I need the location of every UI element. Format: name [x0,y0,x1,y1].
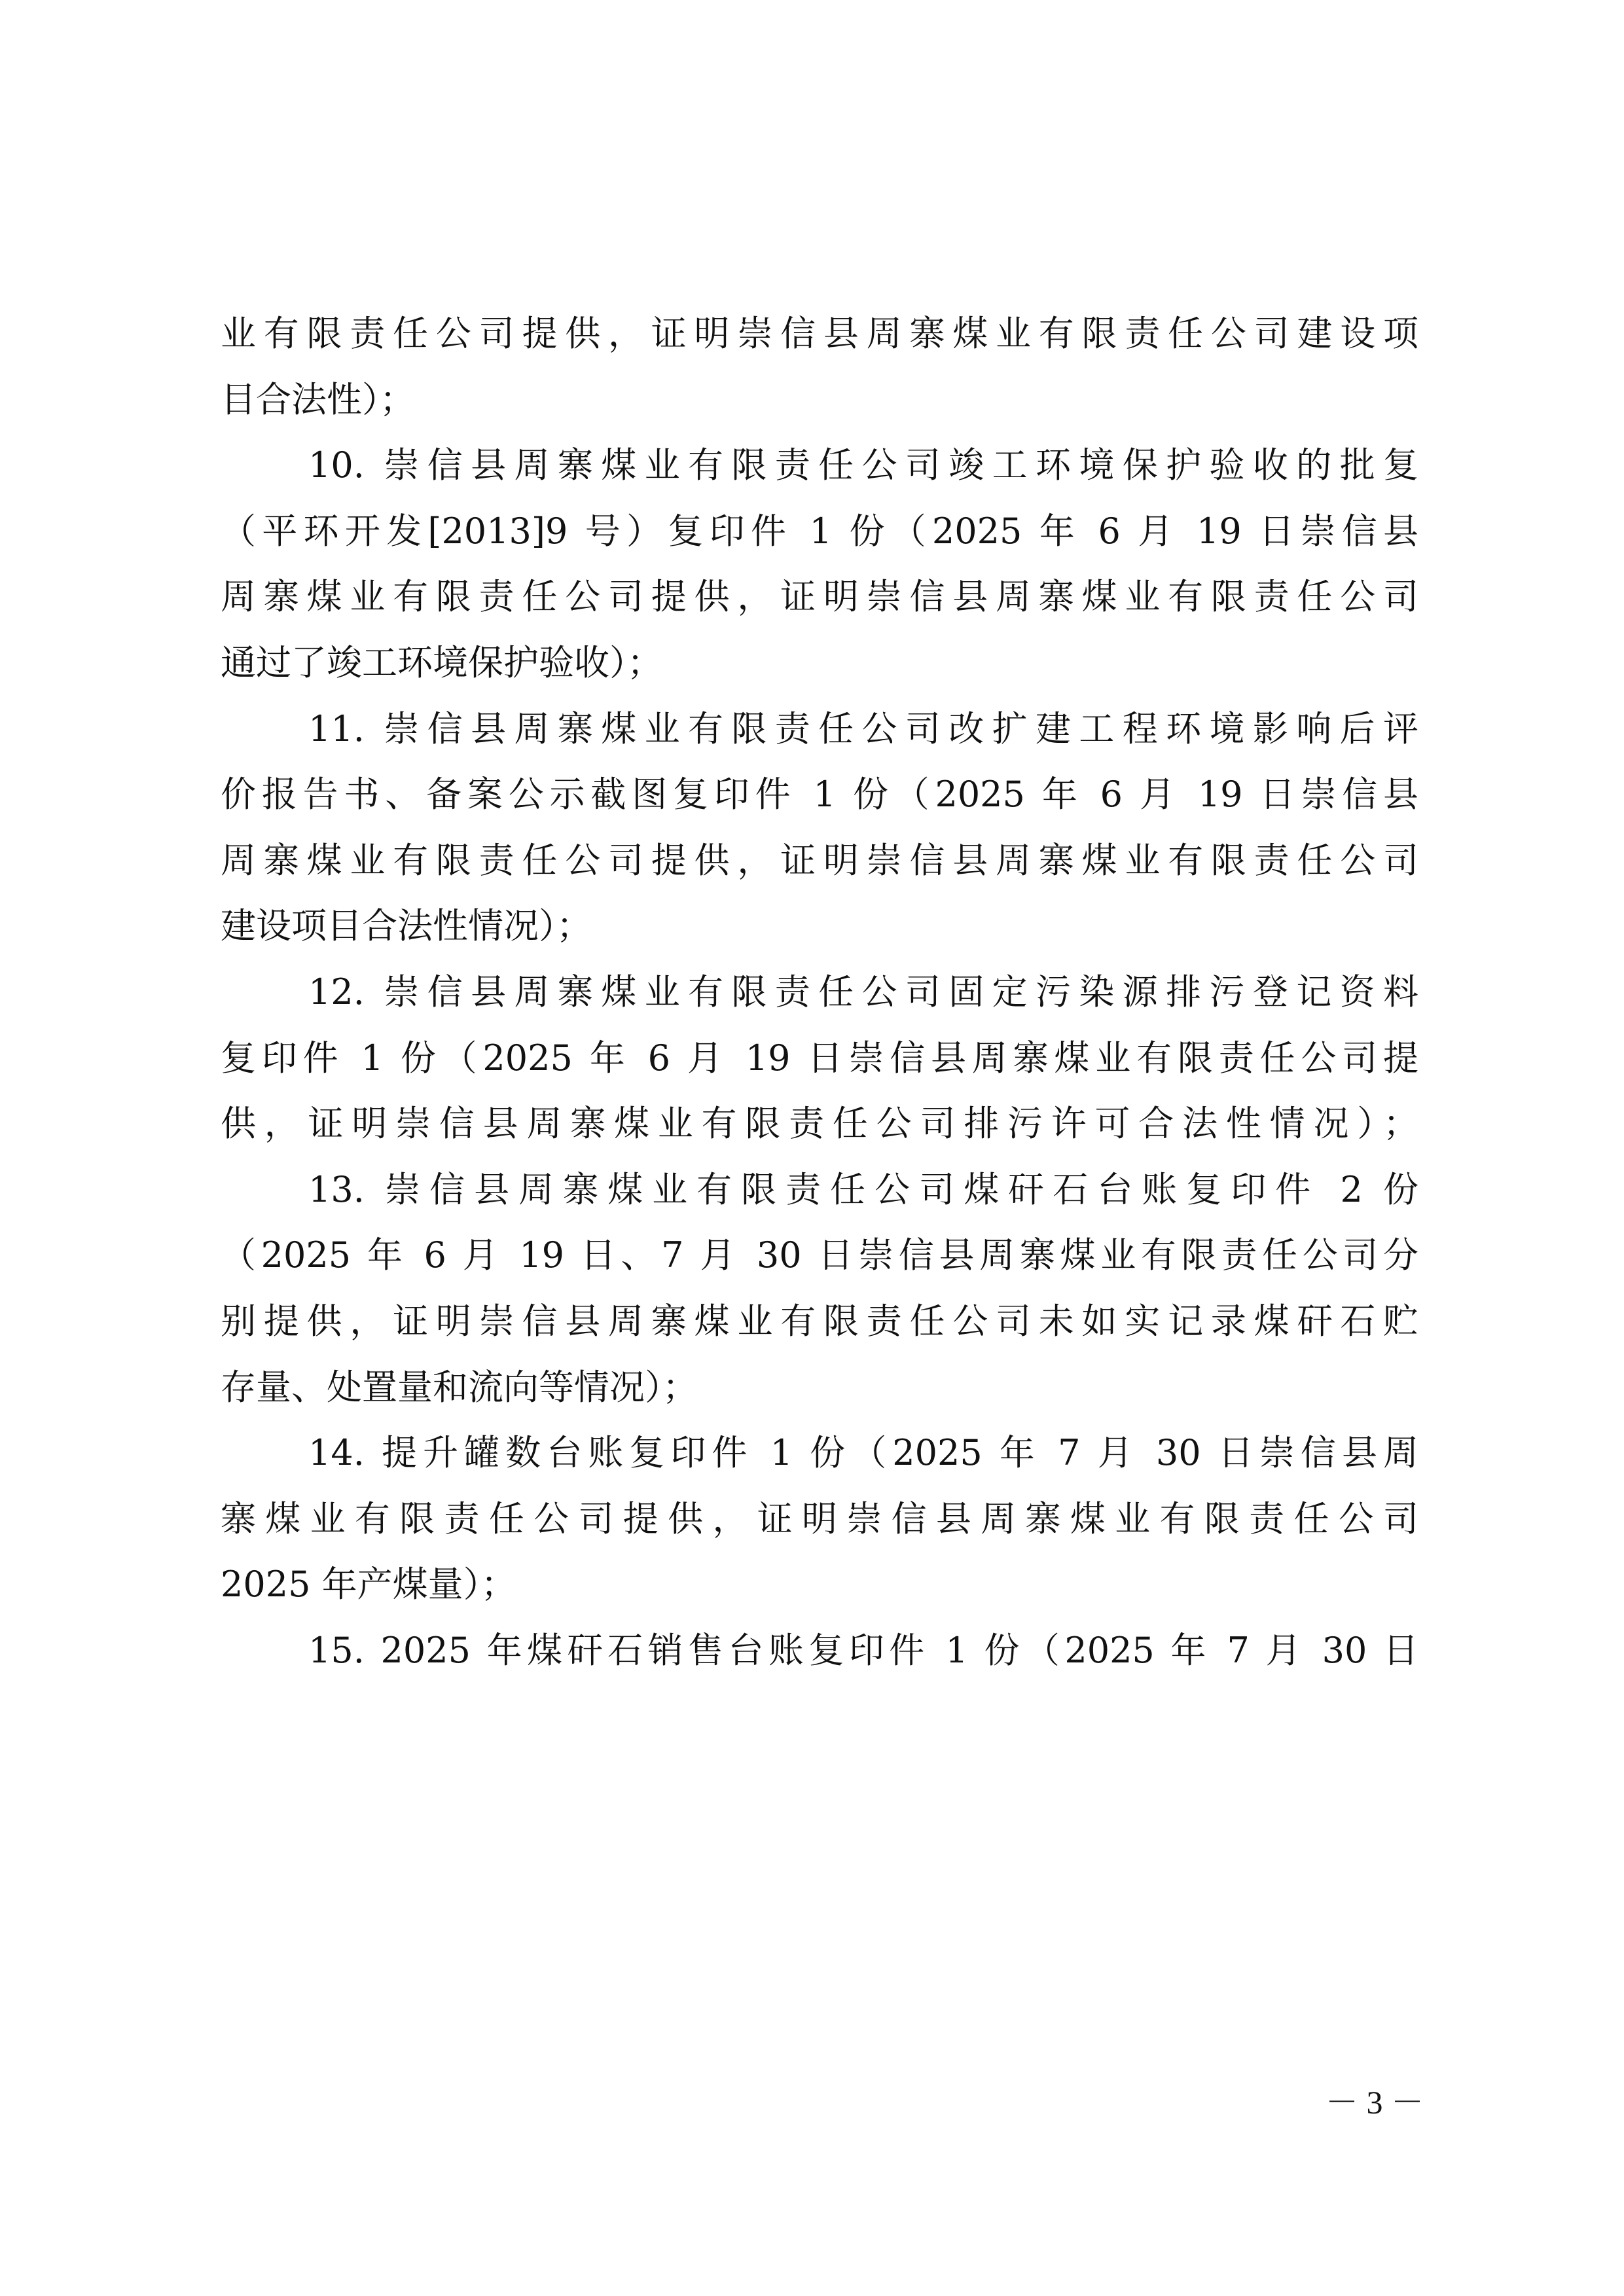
text-line: （2025 年 6 月 19 日、7 月 30 日崇信县周寨煤业有限责任公司分 [221,1223,1418,1289]
text-line: 周寨煤业有限责任公司提供，证明崇信县周寨煤业有限责任公司 [221,828,1418,894]
text-line: 2025 年产煤量）； [221,1552,1418,1618]
text-line: （平环开发[2013]9 号）复印件 1 份（2025 年 6 月 19 日崇信… [221,499,1418,565]
text-line: 目合法性）； [221,367,1418,433]
document-page: 业有限责任公司提供，证明崇信县周寨煤业有限责任公司建设项 目合法性）； 10. … [0,0,1624,2296]
text-line: 复印件 1 份（2025 年 6 月 19 日崇信县周寨煤业有限责任公司提 [221,1026,1418,1092]
text-line: 建设项目合法性情况）； [221,893,1418,960]
text-line: 存量、处置量和流向等情况）； [221,1355,1418,1421]
text-line: 周寨煤业有限责任公司提供，证明崇信县周寨煤业有限责任公司 [221,564,1418,630]
text-line: 价报告书、备案公示截图复印件 1 份（2025 年 6 月 19 日崇信县 [221,762,1418,828]
list-item-11-line: 11. 崇信县周寨煤业有限责任公司改扩建工程环境影响后评 [221,696,1418,762]
text-line: 供，证明崇信县周寨煤业有限责任公司排污许可合法性情况）； [221,1091,1418,1157]
body-text: 业有限责任公司提供，证明崇信县周寨煤业有限责任公司建设项 目合法性）； 10. … [221,301,1418,1683]
text-line: 寨煤业有限责任公司提供，证明崇信县周寨煤业有限责任公司 [221,1486,1418,1552]
text-line: 业有限责任公司提供，证明崇信县周寨煤业有限责任公司建设项 [221,301,1418,367]
text-line: 通过了竣工环境保护验收）； [221,630,1418,696]
page-number: － 3 － [1322,2076,1427,2123]
list-item-14-line: 14. 提升罐数台账复印件 1 份（2025 年 7 月 30 日崇信县周 [221,1420,1418,1486]
list-item-13-line: 13. 崇信县周寨煤业有限责任公司煤矸石台账复印件 2 份 [221,1157,1418,1223]
list-item-12-line: 12. 崇信县周寨煤业有限责任公司固定污染源排污登记资料 [221,960,1418,1026]
list-item-15-line: 15. 2025 年煤矸石销售台账复印件 1 份（2025 年 7 月 30 日 [221,1618,1418,1684]
list-item-10-line: 10. 崇信县周寨煤业有限责任公司竣工环境保护验收的批复 [221,433,1418,499]
text-line: 别提供，证明崇信县周寨煤业有限责任公司未如实记录煤矸石贮 [221,1289,1418,1355]
